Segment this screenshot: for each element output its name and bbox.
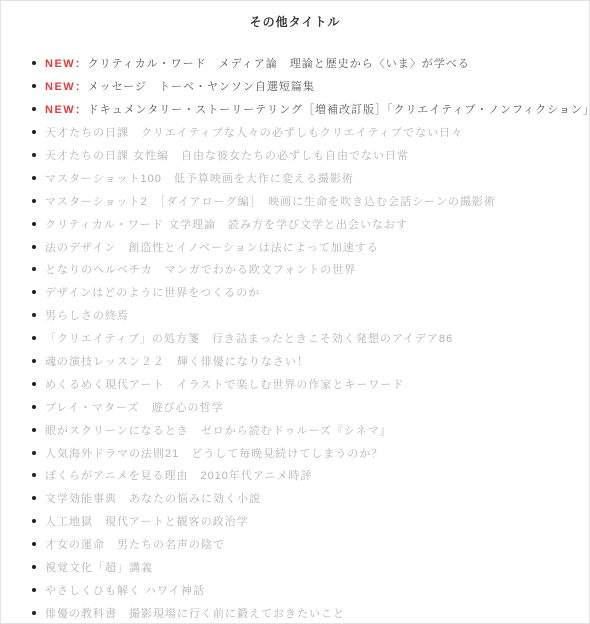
- list-item: 天才たちの日課 女性編 自由な彼女たちの必ずしも自由でない日常: [32, 144, 581, 167]
- book-title-text: 「クリエイティブ」の処方箋 行き詰まったときこそ効く発想のアイデア86: [45, 330, 453, 346]
- new-badge: NEW：: [45, 55, 88, 71]
- book-title-text: 人気海外ドラマの法則21 どうして毎晩見続けてしまうのか？: [45, 445, 383, 461]
- list-item: クリティカル・ワード 文学理論 読み方を学び文学と出会いなおす: [32, 212, 581, 235]
- bullet-icon: [32, 336, 36, 340]
- book-title-text: メッセージ トーベ・ヤンソン自選短篇集: [88, 78, 315, 94]
- bullet-icon: [32, 313, 36, 317]
- list-item: 人工地獄 現代アートと観客の政治学: [32, 510, 581, 533]
- book-title-text: 男らしさの終焉: [45, 307, 129, 323]
- bullet-icon: [32, 153, 36, 157]
- list-item: 眼がスクリーンになるとき ゼロから読むドゥルーズ『シネマ』: [32, 418, 581, 441]
- new-badge: NEW：: [45, 78, 88, 94]
- bullet-icon: [32, 176, 36, 180]
- book-title-text: 天才たちの日課 女性編 自由な彼女たちの必ずしも自由でない日常: [45, 147, 409, 163]
- book-title-text: めくるめく現代アート イラストで楽しむ世界の作家とキーワード: [45, 376, 404, 392]
- bullet-icon: [32, 473, 36, 477]
- list-item: NEW：ドキュメンタリー・ストーリーテリング［増補改訂版］「クリエイティブ・ノン…: [32, 98, 581, 121]
- bullet-icon: [32, 611, 36, 615]
- list-item: ぼくらがアニメを見る理由 2010年代アニメ時評: [32, 464, 581, 487]
- book-title-text: クリティカル・ワード メディア論 理論と歴史から〈いま〉が学べる: [88, 55, 470, 71]
- bullet-icon: [32, 496, 36, 500]
- book-title-text: 天才たちの日課 クリエイティブな人々の必ずしもクリエイティブでない日々: [45, 124, 463, 140]
- list-item: 天才たちの日課 クリエイティブな人々の必ずしもクリエイティブでない日々: [32, 121, 581, 144]
- bullet-icon: [32, 61, 36, 65]
- bullet-icon: [32, 245, 36, 249]
- book-list: NEW：クリティカル・ワード メディア論 理論と歴史から〈いま〉が学べるNEW：…: [1, 29, 589, 624]
- new-badge: NEW：: [45, 101, 88, 117]
- bullet-icon: [32, 451, 36, 455]
- page-title: その他タイトル: [1, 1, 589, 29]
- list-item: 法のデザイン 創造性とイノベーションは法によって加速する: [32, 235, 581, 258]
- list-item: 視覚文化「超」講義: [32, 556, 581, 579]
- book-title-text: 文学効能事典 あなたの悩みに効く小説: [45, 490, 261, 506]
- book-title-text: 眼がスクリーンになるとき ゼロから読むドゥルーズ『シネマ』: [45, 422, 392, 438]
- list-item: デザインはどのように世界をつくるのか: [32, 281, 581, 304]
- list-item: マスターショット2 ［ダイアローグ編］ 映画に生命を吹き込む会話シーンの撮影術: [32, 189, 581, 212]
- book-title-text: ドキュメンタリー・ストーリーテリング［増補改訂版］「クリエイティブ・ノンフィクシ…: [88, 101, 590, 117]
- list-item: プレイ・マターズ 遊び心の哲学: [32, 395, 581, 418]
- bullet-icon: [32, 588, 36, 592]
- book-title-text: 魂の演技レッスン２２ 輝く俳優になりなさい！: [45, 353, 309, 369]
- list-item: 魂の演技レッスン２２ 輝く俳優になりなさい！: [32, 350, 581, 373]
- bullet-icon: [32, 565, 36, 569]
- bullet-icon: [32, 382, 36, 386]
- bullet-icon: [32, 519, 36, 523]
- page-container: その他タイトル NEW：クリティカル・ワード メディア論 理論と歴史から〈いま〉…: [0, 0, 590, 624]
- list-item: 俳優の教科書 撮影現場に行く前に鍛えておきたいこと: [32, 601, 581, 624]
- list-item: NEW：クリティカル・ワード メディア論 理論と歴史から〈いま〉が学べる: [32, 52, 581, 75]
- book-title-text: 俳優の教科書 撮影現場に行く前に鍛えておきたいこと: [45, 605, 345, 621]
- book-title-text: マスターショット100 低予算映画を大作に変える撮影術: [45, 170, 354, 186]
- bullet-icon: [32, 107, 36, 111]
- book-title-text: 視覚文化「超」講義: [45, 559, 153, 575]
- book-title-text: クリティカル・ワード 文学理論 読み方を学び文学と出会いなおす: [45, 216, 408, 232]
- bullet-icon: [32, 359, 36, 363]
- list-item: 男らしさの終焉: [32, 304, 581, 327]
- bullet-icon: [32, 130, 36, 134]
- book-title-text: 法のデザイン 創造性とイノベーションは法によって加速する: [45, 239, 379, 255]
- bullet-icon: [32, 267, 36, 271]
- book-title-text: デザインはどのように世界をつくるのか: [45, 284, 260, 300]
- book-title-text: となりのヘルベチカ マンガでわかる欧文フォントの世界: [45, 261, 356, 277]
- list-item: 「クリエイティブ」の処方箋 行き詰まったときこそ効く発想のアイデア86: [32, 327, 581, 350]
- book-title-text: マスターショット2 ［ダイアローグ編］ 映画に生命を吹き込む会話シーンの撮影術: [45, 193, 496, 209]
- book-title-text: やさしくひも解く ハワイ神話: [45, 582, 205, 598]
- book-title-text: 才女の運命 男たちの名声の陰で: [45, 536, 225, 552]
- bullet-icon: [32, 405, 36, 409]
- list-item: マスターショット100 低予算映画を大作に変える撮影術: [32, 166, 581, 189]
- list-item: めくるめく現代アート イラストで楽しむ世界の作家とキーワード: [32, 372, 581, 395]
- bullet-icon: [32, 290, 36, 294]
- list-item: 文学効能事典 あなたの悩みに効く小説: [32, 487, 581, 510]
- book-title-text: ぼくらがアニメを見る理由 2010年代アニメ時評: [45, 467, 312, 483]
- bullet-icon: [32, 542, 36, 546]
- list-item: となりのヘルベチカ マンガでわかる欧文フォントの世界: [32, 258, 581, 281]
- list-item: 人気海外ドラマの法則21 どうして毎晩見続けてしまうのか？: [32, 441, 581, 464]
- list-item: 才女の運命 男たちの名声の陰で: [32, 533, 581, 556]
- book-title-text: 人工地獄 現代アートと観客の政治学: [45, 513, 249, 529]
- bullet-icon: [32, 428, 36, 432]
- book-title-text: プレイ・マターズ 遊び心の哲学: [45, 399, 223, 415]
- list-item: やさしくひも解く ハワイ神話: [32, 578, 581, 601]
- bullet-icon: [32, 84, 36, 88]
- list-item: NEW：メッセージ トーベ・ヤンソン自選短篇集: [32, 75, 581, 98]
- bullet-icon: [32, 222, 36, 226]
- bullet-icon: [32, 199, 36, 203]
